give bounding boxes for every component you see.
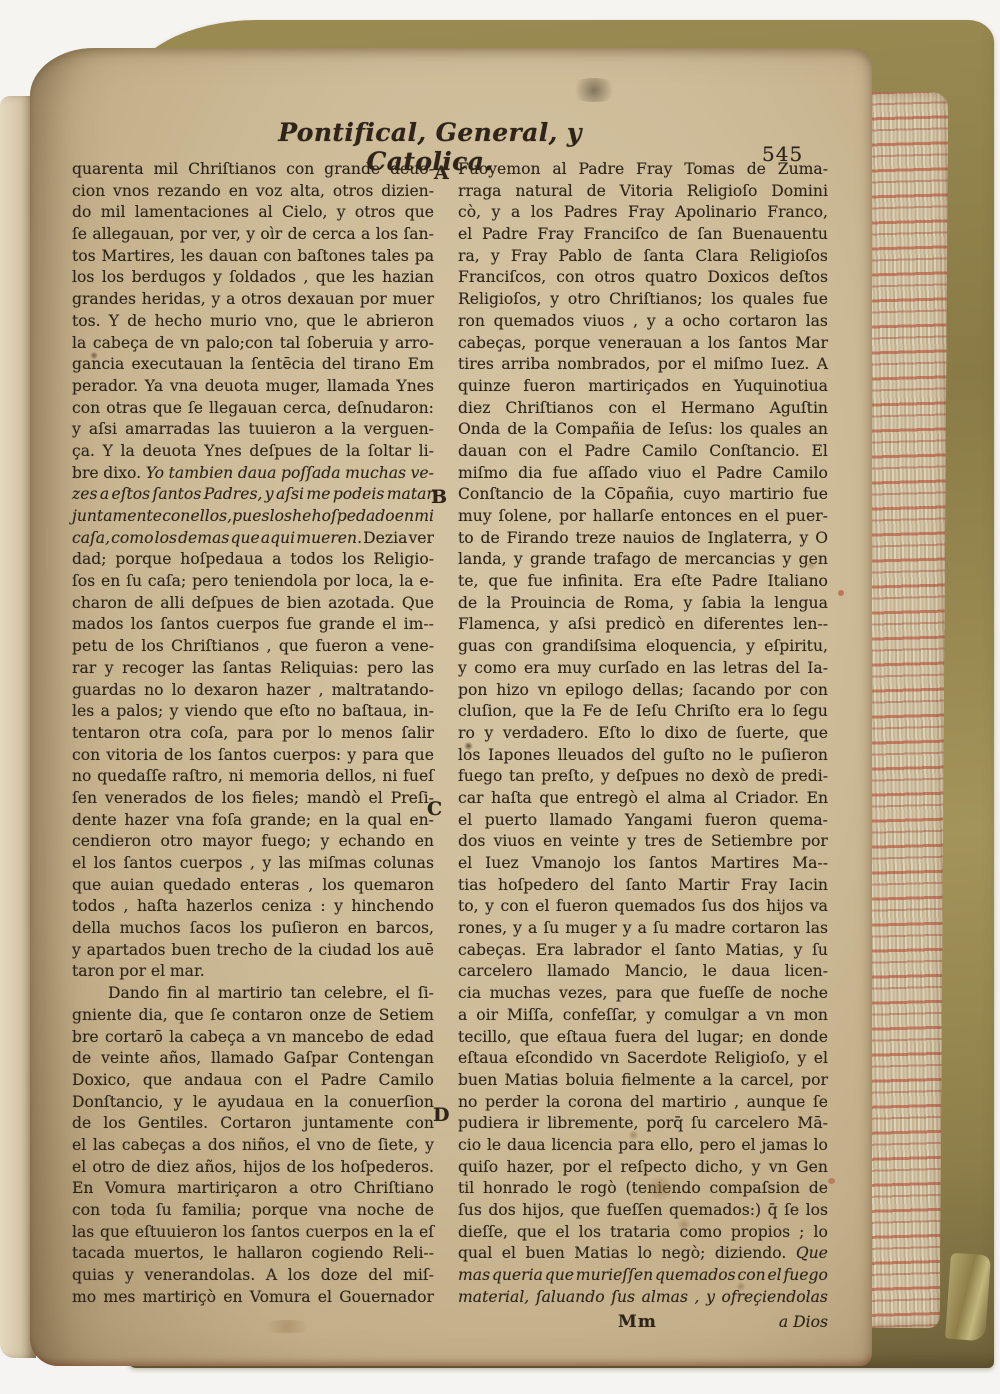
word: y <box>550 615 559 633</box>
word: rraga <box>458 182 501 200</box>
word: el <box>555 1223 569 1241</box>
word: el <box>645 789 659 807</box>
word: llamado <box>547 962 610 980</box>
word: de <box>415 1201 434 1219</box>
word: mados <box>72 615 123 633</box>
word: la <box>534 420 548 438</box>
word: de <box>595 594 614 612</box>
word: a <box>251 1028 260 1046</box>
word: del <box>776 659 800 677</box>
word: deſpues <box>191 594 253 612</box>
word: dexaron <box>194 681 258 699</box>
text-line: buenMatiasboluiafielmentealacarcel,por <box>458 1071 828 1093</box>
word: de <box>261 594 280 612</box>
word: fueron <box>705 811 757 829</box>
word: raſtro, <box>172 767 223 785</box>
text-line: loslosberdugosyſoldados,queleshazian <box>72 268 434 290</box>
word: de <box>507 420 526 438</box>
word: niños, <box>242 1136 289 1154</box>
word: (teniendo <box>625 1179 700 1197</box>
word: le <box>344 312 358 330</box>
word: de <box>668 225 687 243</box>
word: ſantas <box>223 659 272 677</box>
word: mi <box>414 507 434 525</box>
word: En <box>807 789 828 807</box>
word: vn <box>766 1006 785 1024</box>
word: negò; <box>661 1244 705 1262</box>
word: mandò <box>307 789 361 807</box>
word: haſta <box>137 897 178 915</box>
word: heridas, <box>142 290 206 308</box>
word: vene- <box>391 637 434 655</box>
word: onze <box>309 1006 346 1024</box>
word: queria <box>492 1266 543 1284</box>
word: noche <box>781 984 828 1002</box>
word: ſabia <box>702 594 741 612</box>
word: la <box>72 334 86 352</box>
word: ſantos <box>649 854 698 872</box>
word: ſi- <box>418 984 434 1002</box>
word: daua <box>731 962 770 980</box>
word: los <box>342 550 364 568</box>
word: ſu <box>156 1201 172 1219</box>
word: venerauan <box>599 334 682 352</box>
word: con <box>162 507 190 525</box>
footer-row: Mma Dios <box>458 1312 828 1334</box>
word: fue <box>553 464 578 482</box>
word: muger <box>565 919 617 937</box>
text-line: ſeallegauan,porver,yoìrdecercaalosſan- <box>72 225 434 247</box>
word: veinte <box>101 1049 150 1067</box>
word: de <box>127 312 146 330</box>
word: hinchendo <box>351 897 434 915</box>
word: licen- <box>785 962 828 980</box>
text-line: tacadamuertos,lehallaroncogiendoReli-- <box>72 1244 434 1266</box>
word: Camilo <box>773 464 828 482</box>
word: ſu <box>812 941 828 959</box>
word: y <box>647 312 656 330</box>
word: y <box>213 268 222 286</box>
word: an <box>809 420 828 438</box>
word: ſolene, <box>499 507 553 525</box>
word: Setiem <box>379 1006 434 1024</box>
word: rones, <box>458 919 507 937</box>
word: lleuados <box>558 746 624 764</box>
text-line: dad;porquehoſpedauaatodoslosReligio- <box>72 550 434 572</box>
word: Era <box>536 941 564 959</box>
word: quales <box>750 420 802 438</box>
word: bre <box>72 1028 99 1046</box>
word: vezes, <box>559 984 607 1002</box>
word: miſmo <box>458 464 508 482</box>
word: le <box>487 1136 501 1154</box>
word: los <box>377 941 399 959</box>
word: , <box>308 876 313 894</box>
word: el <box>458 811 472 829</box>
text-line: lesapalos;yviendoqueeſtonobaſtaua,in- <box>72 702 434 724</box>
text-line: ConſtanciodelaCōpañia,cuyomartiriofue <box>458 485 828 507</box>
word: mil <box>153 160 178 178</box>
word: Padres <box>564 203 618 221</box>
word: buen <box>171 941 210 959</box>
word: li- <box>419 442 434 460</box>
word: de <box>658 550 677 568</box>
word: hallarſe <box>593 507 654 525</box>
word: quemaron <box>354 876 434 894</box>
text-line: elpuertollamadoYangamifueronquema- <box>458 811 828 833</box>
word: Yangami <box>625 811 692 829</box>
word: el <box>767 1266 781 1284</box>
word: lo <box>172 681 186 699</box>
word: Ynes <box>204 442 242 460</box>
word: martiriçò <box>143 1288 216 1306</box>
word: oir <box>476 1006 498 1024</box>
word: a <box>375 637 384 655</box>
word: las <box>806 919 828 937</box>
word: las <box>693 659 715 677</box>
word: qual <box>458 1244 492 1262</box>
word: y <box>514 550 523 568</box>
word: el <box>692 464 706 482</box>
word: ciudad <box>318 941 371 959</box>
word: cabeça <box>190 1028 245 1046</box>
word: ſiete, <box>378 1136 418 1154</box>
word: eſto <box>279 702 310 720</box>
word: puerto <box>485 811 537 829</box>
word: dos <box>458 832 485 850</box>
word: los <box>806 1201 828 1219</box>
word: lo <box>771 702 785 720</box>
right-column: FuoyemonalPadreFrayTomasdeZuma-rraganatu… <box>458 160 828 1334</box>
word: Eſto <box>598 724 631 742</box>
word: muy <box>557 659 591 677</box>
word: hazer <box>124 811 168 829</box>
word: tos. <box>72 312 101 330</box>
word: los <box>240 919 262 937</box>
word: de <box>319 442 338 460</box>
word: y <box>623 919 632 937</box>
word: eſtos <box>112 485 151 503</box>
word: Chriſtianos <box>171 637 259 655</box>
word: vn <box>769 1158 788 1176</box>
word: ſoltar <box>368 442 411 460</box>
word: los <box>141 637 163 655</box>
word: dellos, <box>325 767 377 785</box>
word: de <box>553 485 572 503</box>
word: fue <box>803 485 828 503</box>
word: quatro <box>645 268 697 286</box>
word: otros <box>333 182 374 200</box>
word: to <box>458 529 474 547</box>
text-line: tiresarribanombrados,porelmiſmoIuez.A <box>458 355 828 377</box>
word: la <box>719 1071 733 1089</box>
word: Franciſco <box>584 225 659 243</box>
word: a <box>703 1071 712 1089</box>
word: del <box>665 1028 689 1046</box>
word: noche <box>357 1201 404 1219</box>
text-line: ponhizovnepilogodellas;ſacandoporcon <box>458 681 828 703</box>
word: el <box>814 1049 828 1067</box>
word: el <box>382 615 396 633</box>
word: martiriçaron <box>177 1179 277 1197</box>
word: los <box>72 268 94 286</box>
word: Compañia <box>555 420 635 438</box>
text-line: tilhonradolerogò(teniendocompaſsionde <box>458 1179 828 1201</box>
word: y <box>794 941 803 959</box>
word: Prouincia <box>510 594 585 612</box>
word: pa <box>415 247 434 265</box>
word: que <box>153 399 182 417</box>
text-line: conotrasqueſellegauancerca,deſnudaron: <box>72 399 434 421</box>
word: voz <box>256 182 282 200</box>
word: años, <box>195 1158 237 1176</box>
word: ve- <box>411 464 434 482</box>
word: el <box>72 854 86 872</box>
word: ſanta <box>643 247 684 265</box>
word: que <box>571 1201 600 1219</box>
word: ofreçiendolas <box>721 1288 828 1306</box>
word: muchas <box>490 984 551 1002</box>
word: aſſado <box>588 464 638 482</box>
word: los <box>155 529 177 547</box>
text-line: taronporelmar. <box>72 962 434 984</box>
word: no <box>316 702 335 720</box>
word: verguen- <box>364 420 434 438</box>
word: hijos <box>766 897 803 915</box>
text-line: ra,yFrayPablodeſantaClaraReligioſos <box>458 247 828 269</box>
text-line: cabeças,porquevenerauanalosſantosMar <box>458 334 828 356</box>
word: muer <box>392 290 434 308</box>
word: trecho <box>216 941 267 959</box>
word: Fray <box>636 160 672 178</box>
word: aſsi <box>89 420 117 438</box>
word: que <box>488 572 517 590</box>
word: de <box>613 247 632 265</box>
word: lo <box>640 724 654 742</box>
word: , <box>250 854 255 872</box>
word: por <box>323 572 350 590</box>
word: mes <box>103 1288 135 1306</box>
word: foſa <box>212 811 242 829</box>
word: ſan <box>697 225 722 243</box>
word: el <box>692 355 706 373</box>
text-line: carcelerollamadoMancio,ledaualicen- <box>458 962 828 984</box>
word: fueron <box>556 897 608 915</box>
word: Fe <box>583 702 602 720</box>
word: Yo <box>146 464 164 482</box>
word: de <box>194 789 213 807</box>
word: Fray <box>741 876 777 894</box>
text-line: zesaeſtosſantosPadres,yaſsimepodeismatar <box>72 485 434 507</box>
word: Gentiles. <box>138 1114 208 1132</box>
word: ello, <box>660 1136 694 1154</box>
word: ſoberuia <box>307 334 373 352</box>
text-line: FuoyemonalPadreFrayTomasdeZuma- <box>458 160 828 182</box>
word: ceniza <box>261 897 312 915</box>
word: Pablo <box>558 247 601 265</box>
word: todos <box>72 897 115 915</box>
text-line: ellosſantoscuerpos,ylasmiſmascolunas <box>72 854 434 876</box>
text-line: losIaponeslleuadosdelguſtonolepuſieron <box>458 746 828 768</box>
word: los <box>579 1223 601 1241</box>
word: oìr <box>260 225 282 243</box>
word: las <box>279 854 301 872</box>
word: taron <box>72 962 114 980</box>
word: mancebo <box>292 1028 363 1046</box>
word: que <box>539 789 568 807</box>
word: en <box>667 659 686 677</box>
word: poſſada <box>281 464 341 482</box>
text-line: tiashoſpederodelſantoMartirFrayIacin <box>458 876 828 898</box>
word: Donſtancio, <box>72 1093 163 1111</box>
word: que <box>143 1071 172 1089</box>
word: no <box>144 681 163 699</box>
word: Apolinario <box>675 203 757 221</box>
word: lo <box>318 724 332 742</box>
word: Martir <box>678 876 729 894</box>
word: ſe <box>188 399 203 417</box>
word: Sacerdote <box>627 1049 707 1067</box>
word: Matias, <box>725 941 784 959</box>
word: el <box>502 1244 516 1262</box>
word: fue <box>287 615 312 633</box>
word: y <box>320 832 329 850</box>
word: eſte <box>671 572 702 590</box>
word: al <box>196 984 210 1002</box>
text-line: tentaronotracoſa,paraporlomenosſalir <box>72 724 434 746</box>
word: doze <box>321 1266 358 1284</box>
text-line: noquedaſſeraſtro,nimemoriadellos,nifueſ <box>72 767 434 789</box>
word: el <box>535 897 549 915</box>
word: Padres, <box>204 485 263 503</box>
word: el <box>294 1071 308 1089</box>
word: eloquencia, <box>646 637 737 655</box>
word: Aguſtin <box>770 399 828 417</box>
text-line: cluſion,quelaFedeIeſuChriſtoeraloſegu <box>458 702 828 724</box>
word: otros <box>241 290 282 308</box>
word: los <box>376 225 398 243</box>
word: Religioſo, <box>715 1049 790 1067</box>
word: do <box>72 203 91 221</box>
word: cabeças <box>122 1136 185 1154</box>
word: ſacando <box>693 681 756 699</box>
word: a <box>458 1006 467 1024</box>
word: en <box>229 182 248 200</box>
word: reſpecto <box>621 1158 687 1176</box>
text-line: lasqueeſtuuieronlosſantoscuerposenlaeſ <box>72 1223 434 1245</box>
word: las <box>218 420 240 438</box>
word: y <box>752 1158 761 1176</box>
word: los <box>222 789 244 807</box>
word: por <box>360 290 387 308</box>
word: con <box>72 399 100 417</box>
word: deſnudaron: <box>337 399 434 417</box>
word: tan <box>290 984 316 1002</box>
word: y <box>211 290 220 308</box>
word: amarradas <box>125 420 210 438</box>
word: los <box>103 1114 125 1132</box>
word: Padre <box>578 160 624 178</box>
word: dia, <box>138 1006 167 1024</box>
word: en <box>415 832 434 850</box>
word: ver, <box>212 225 241 243</box>
word: viendo <box>185 702 237 720</box>
text-line: noperderlacoronadelmartirio,aunqueſe <box>458 1093 828 1115</box>
text-line: Dandofinalmartiriotancelebre,elſi- <box>72 984 434 1006</box>
word: deſtos <box>779 268 828 286</box>
word: grande <box>319 615 375 633</box>
word: Y <box>109 312 119 330</box>
word: a <box>748 1006 757 1024</box>
text-line: yapartadosbuentrechodelaciudadlosauē <box>72 941 434 963</box>
word: Mā- <box>797 1114 828 1132</box>
word: le <box>703 962 717 980</box>
word: mil <box>101 203 126 221</box>
word: , <box>695 1288 700 1306</box>
word: a <box>226 290 235 308</box>
word: en <box>295 1093 314 1111</box>
word: no <box>72 767 91 785</box>
word: el <box>741 1136 755 1154</box>
word: y <box>105 659 114 677</box>
word: mas <box>458 1266 490 1284</box>
word: labrador <box>574 941 642 959</box>
word: Miſſa, <box>507 1006 554 1024</box>
word: deuota <box>142 442 196 460</box>
word: perder <box>485 1093 538 1111</box>
word: epilogo <box>565 681 623 699</box>
word: porque <box>534 334 590 352</box>
word: della <box>72 919 110 937</box>
word: los <box>708 334 730 352</box>
word: Religioſo <box>687 182 757 200</box>
word: de <box>72 1049 91 1067</box>
word: gen <box>799 550 828 568</box>
word: no <box>685 767 704 785</box>
word: aſsi <box>276 485 304 503</box>
word: los <box>531 203 553 221</box>
text-line: queauianquedadoenteras,losquemaron <box>72 876 434 898</box>
word: otros <box>594 268 635 286</box>
word: teniendola <box>234 572 317 590</box>
word: abrieron <box>366 312 434 330</box>
word: echando <box>339 832 406 850</box>
word: Religio- <box>373 550 434 568</box>
word: mon <box>794 1006 828 1024</box>
word: de <box>481 529 500 547</box>
word: arriba <box>501 355 549 373</box>
word: vna <box>318 1201 346 1219</box>
word: con <box>263 247 291 265</box>
word: las <box>93 1136 115 1154</box>
word: fueſ <box>403 767 434 785</box>
word: con <box>737 1266 765 1284</box>
word: rar <box>72 659 96 677</box>
word: y <box>706 1288 715 1306</box>
word: Religioſos <box>749 247 827 265</box>
word: como <box>111 529 153 547</box>
text-line: material,ſaluandoſusalmas,yofreçiendolas <box>458 1288 828 1310</box>
word: y <box>262 854 271 872</box>
word: pero <box>700 1136 736 1154</box>
word: ſantos <box>153 485 202 503</box>
word: en <box>752 1028 771 1046</box>
word: dia <box>518 464 542 482</box>
word: Iacin <box>789 876 828 894</box>
word: quema- <box>769 811 828 829</box>
word: los <box>711 290 733 308</box>
word: Camilo <box>642 442 697 460</box>
